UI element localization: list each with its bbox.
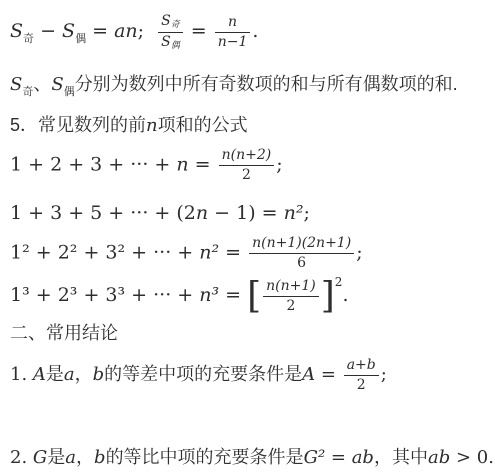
semicolon: ; [304, 202, 310, 224]
text-shi: 是 [47, 447, 65, 467]
period: . [342, 284, 348, 306]
subscript-odd: 奇 [22, 86, 33, 98]
right-bracket: ] [321, 275, 335, 316]
formula-odd-even-sum-relations: S奇 − S偶 = an; S奇S偶 = nn−1. [10, 14, 258, 51]
var-a: a [65, 447, 76, 468]
math-notes-page: S奇 − S偶 = an; S奇S偶 = nn−1. S奇、S偶分别为数列中所有… [0, 0, 495, 476]
section-heading-common-sums: 5．常见数列的前n项和的公式 [10, 114, 248, 138]
fraction-n-over-n-minus-1: nn−1 [215, 15, 251, 51]
semicolon: ; [356, 241, 362, 263]
subscript-odd: 奇 [23, 33, 34, 45]
fraction-denominator: 2 [344, 375, 379, 393]
equals-sign: = [219, 284, 247, 306]
condition-text: 的等差中项的充要条件是 [104, 364, 302, 384]
fraction-numerator: S奇 [158, 14, 183, 32]
conclusion-geometric-mean: 2. G是a，b的等比中项的充要条件是G² = ab，其中ab > 0. [10, 446, 494, 470]
equals-sign: = [86, 20, 114, 42]
fraction-a-plus-b-over-2: a+b2 [344, 358, 379, 394]
var-s: S [10, 74, 22, 95]
var-s: S [62, 20, 75, 42]
series-lhs: 1 + 2 + 3 + ··· + [10, 153, 176, 175]
section-heading-common-conclusions: 二、常用结论 [10, 322, 118, 345]
equals-sign: = [219, 241, 247, 263]
fraction-sum-squares: n(n+1)(2n+1)6 [249, 236, 354, 272]
subscript-even: 偶 [171, 40, 180, 50]
formula-sum-of-cubes: 1³ + 2³ + 3³ + ··· + n³ = [n(n+1)2]2. [10, 275, 348, 315]
var-n-cubed: n³ [199, 284, 219, 306]
minus-operator: − [34, 20, 62, 42]
var-G-squared: G² [304, 447, 326, 468]
formula-sum-of-odd-numbers: 1 + 3 + 5 + ··· + (2n − 1) = n²; [10, 202, 310, 226]
formula-sum-of-integers: 1 + 2 + 3 + ··· + n = n(n+2)2; [10, 148, 283, 184]
fraction-denominator: n−1 [215, 32, 251, 50]
var-ab: ab [352, 447, 374, 468]
var-a: a [64, 364, 75, 385]
var-A: A [33, 364, 46, 385]
semicolon: ; [381, 364, 387, 385]
greater-than-zero: > 0. [450, 447, 494, 468]
condition-text: 的等比中项的充要条件是 [106, 447, 304, 467]
fraction-numerator: a+b [344, 358, 379, 375]
var-ab: ab [428, 447, 450, 468]
equals-sign: = [189, 153, 217, 175]
fraction-numerator: n(n+1) [263, 279, 319, 296]
fraction-sum-cubes: n(n+1)2 [263, 279, 319, 315]
var-s: S [161, 34, 171, 50]
formula-sum-of-squares: 1² + 2² + 3² + ··· + n² = n(n+1)(2n+1)6; [10, 236, 363, 272]
series-lhs: 1 + 3 + 5 + ··· + (2 [10, 202, 196, 224]
series-lhs: 1³ + 2³ + 3³ + ··· + [10, 284, 199, 306]
var-n: n [196, 202, 208, 224]
fraction-s-odd-over-s-even: S奇S偶 [158, 14, 183, 51]
semicolon: ; [138, 20, 156, 42]
conclusion-arithmetic-mean: 1. A是a，b的等差中项的充要条件是A = a+b2; [10, 358, 387, 394]
fraction-numerator: n(n+2) [219, 148, 275, 165]
var-an: an [114, 20, 138, 42]
left-bracket: [ [247, 275, 261, 316]
text-among-which: ，其中 [374, 447, 428, 467]
definition-text: 分别为数列中所有奇数项的和与所有偶数项的和. [75, 74, 458, 94]
var-s: S [10, 20, 23, 42]
series-lhs: 1² + 2² + 3² + ··· + [10, 241, 199, 263]
text-shi: 是 [46, 364, 64, 384]
fullwidth-comma: ， [75, 364, 93, 384]
var-b: b [93, 364, 105, 385]
equals-sign: = [315, 364, 342, 385]
item-number: 1. [10, 364, 33, 385]
fraction-denominator: S偶 [158, 32, 183, 51]
var-b: b [94, 447, 106, 468]
semicolon: ; [276, 153, 282, 175]
heading-suffix: 项和的公式 [158, 115, 248, 135]
subscript-even: 偶 [64, 86, 75, 98]
definition-odd-even-sums: S奇、S偶分别为数列中所有奇数项的和与所有偶数项的和. [10, 73, 458, 100]
heading-prefix: 5．常见数列的前 [10, 115, 146, 135]
equals-sign: = [325, 447, 352, 468]
fraction-denominator: 6 [249, 253, 354, 271]
var-n: n [176, 153, 188, 175]
item-number: 2. [10, 447, 33, 468]
heading-text: 二、常用结论 [10, 323, 118, 343]
subscript-even: 偶 [75, 33, 86, 45]
fraction-denominator: 2 [219, 165, 275, 183]
equals-sign: = [185, 20, 213, 42]
enumeration-comma: 、 [33, 74, 51, 94]
var-n-squared: n² [199, 241, 219, 263]
var-n-squared: n² [284, 202, 304, 224]
var-G: G [33, 447, 47, 468]
series-mid: − 1) = [208, 202, 284, 224]
fraction-n-n-plus-2-over-2: n(n+2)2 [219, 148, 275, 184]
fraction-denominator: 2 [263, 296, 319, 314]
fraction-numerator: n [215, 15, 251, 32]
var-n: n [146, 115, 158, 136]
period: . [252, 20, 258, 42]
var-s: S [51, 74, 63, 95]
fullwidth-comma: ， [76, 447, 94, 467]
fraction-numerator: n(n+1)(2n+1) [249, 236, 354, 253]
var-s: S [161, 13, 171, 29]
var-A: A [302, 364, 315, 385]
subscript-odd: 奇 [171, 19, 180, 29]
